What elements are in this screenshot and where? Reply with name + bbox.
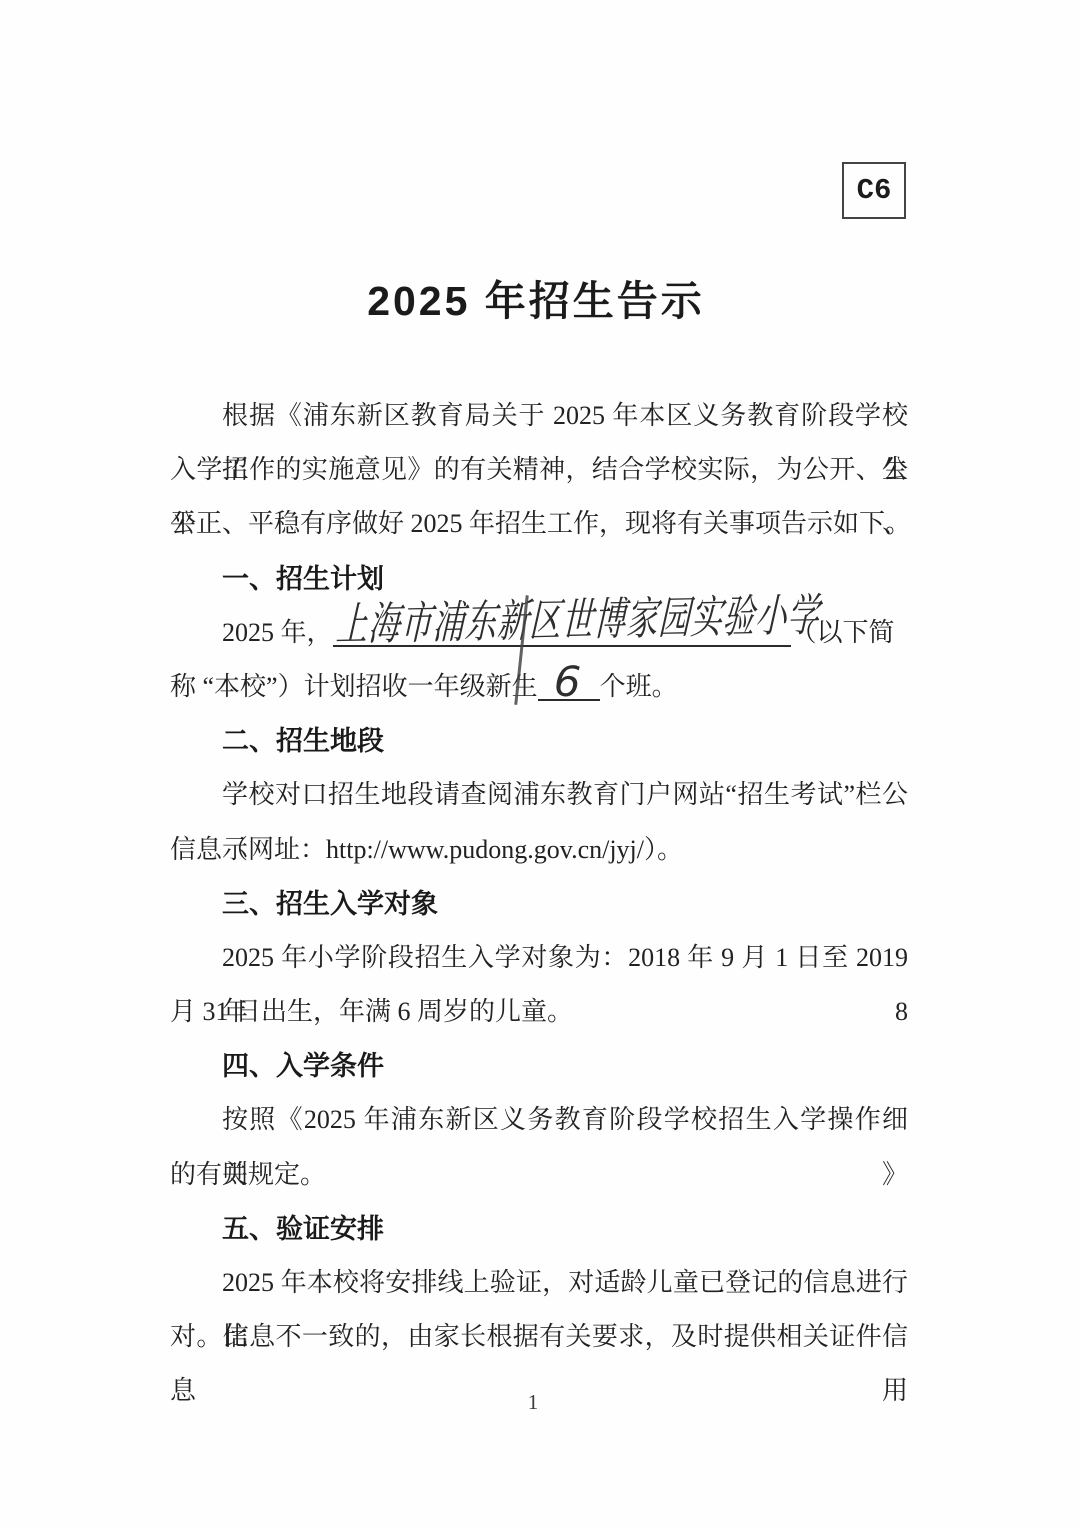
intro-line: 公正、平稳有序做好 2025 年招生工作，现将有关事项告示如下。	[170, 497, 908, 551]
section-heading-3: 三、招生入学对象	[170, 877, 908, 931]
doc-code-box: C6	[842, 162, 906, 219]
doc-title: 2025 年招生告示	[0, 268, 1072, 327]
handwritten-class-count: 6	[553, 660, 582, 703]
section-3-line: 2025 年小学阶段招生入学对象为：2018 年 9 月 1 日至 2019 年…	[170, 931, 908, 985]
school-name-blank: 上海市浦东新区世博家园实验小学	[333, 609, 791, 647]
section-5-line: 2025 年本校将安排线上验证，对适龄儿童已登记的信息进行比	[170, 1256, 908, 1310]
enrollment-plan-line-1: 2025 年，上海市浦东新区世博家园实验小学（以下简	[170, 606, 908, 660]
intro-line: 入学工作的实施意见》的有关精神，结合学校实际，为公开、公平、	[170, 443, 908, 497]
page-number: 1	[0, 1390, 1066, 1415]
doc-code: C6	[857, 174, 892, 207]
document-body: 根据《浦东新区教育局关于 2025 年本区义务教育阶段学校招生 入学工作的实施意…	[170, 389, 908, 1364]
line-text: 个班。	[600, 672, 678, 701]
section-heading-4: 四、入学条件	[170, 1039, 908, 1093]
enrollment-plan-line-2: 称 “本校”）计划招收一年级新生6个班。	[170, 660, 908, 714]
document-page: C6 2025 年招生告示 根据《浦东新区教育局关于 2025 年本区义务教育阶…	[0, 0, 1080, 1528]
section-heading-2: 二、招生地段	[170, 714, 908, 768]
class-count-blank: 6	[538, 663, 600, 701]
line-text: 2025 年，	[222, 618, 333, 647]
section-heading-5: 五、验证安排	[170, 1202, 908, 1256]
intro-line: 根据《浦东新区教育局关于 2025 年本区义务教育阶段学校招生	[170, 389, 908, 443]
section-2-line: 信息（网址：http://www.pudong.gov.cn/jyj/）。	[170, 823, 908, 877]
line-text: 称 “本校”）计划招收一年级新生	[170, 672, 538, 701]
section-4-line: 按照《2025 年浦东新区义务教育阶段学校招生入学操作细则》	[170, 1093, 908, 1147]
handwritten-school-name: 上海市浦东新区世博家园实验小学	[335, 592, 821, 647]
section-2-line: 学校对口招生地段请查阅浦东教育门户网站“招生考试”栏公示	[170, 768, 908, 822]
section-5-line: 对。信息不一致的，由家长根据有关要求，及时提供相关证件信息用	[170, 1310, 908, 1364]
